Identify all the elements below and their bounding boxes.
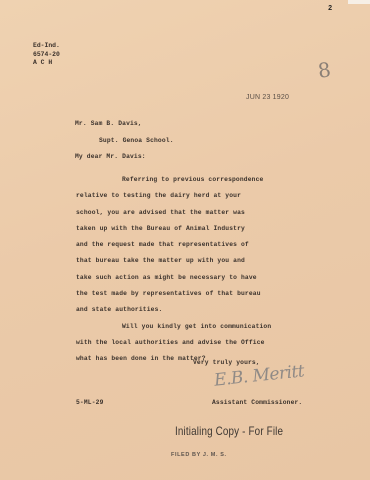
body-line: with the local authorities and advise th… bbox=[76, 335, 271, 351]
pencil-mark: 8 bbox=[316, 57, 332, 83]
signer-title: Assistant Commissioner. bbox=[212, 399, 302, 406]
body-line: and the request made that representative… bbox=[76, 237, 271, 253]
reference-line-1: Ed-Ind. bbox=[33, 42, 60, 51]
closing: Very truly yours, bbox=[193, 359, 260, 366]
body-line: the test made by representatives of that… bbox=[76, 286, 271, 302]
body-line: and state authorities. bbox=[76, 302, 271, 318]
body-line: Will you kindly get into communication bbox=[76, 319, 271, 335]
reference-block: Ed-Ind.6574-20A C H bbox=[33, 42, 60, 68]
body-line: Referring to previous correspondence bbox=[76, 172, 271, 188]
reference-line-3: A C H bbox=[33, 59, 60, 68]
body-line: that bureau take the matter up with you … bbox=[76, 253, 271, 269]
reference-line-2: 6574-20 bbox=[33, 51, 60, 60]
letter-page: 2 Ed-Ind.6574-20A C H 8 JUN 23 1920 Mr. … bbox=[0, 0, 370, 480]
date-stamp: JUN 23 1920 bbox=[246, 94, 289, 101]
body-line: take such action as might be necessary t… bbox=[76, 270, 271, 286]
letter-body: Referring to previous correspondence rel… bbox=[76, 172, 271, 368]
page-corner bbox=[348, 0, 370, 4]
body-line: school, you are advised that the matter … bbox=[76, 205, 271, 221]
filed-by-stamp: FILED BY J. M. S. bbox=[171, 452, 227, 458]
recipient-name: Mr. Sam B. Davis, bbox=[75, 120, 142, 127]
recipient-title: Supt. Genoa School. bbox=[99, 137, 174, 144]
salutation: My dear Mr. Davis: bbox=[75, 153, 146, 160]
initialing-copy-stamp: Initialing Copy - For File bbox=[175, 424, 283, 438]
page-number: 2 bbox=[328, 5, 332, 13]
initials-code: 5-ML-29 bbox=[76, 399, 104, 406]
body-line: relative to testing the dairy herd at yo… bbox=[76, 188, 271, 204]
body-line: taken up with the Bureau of Animal Indus… bbox=[76, 221, 271, 237]
